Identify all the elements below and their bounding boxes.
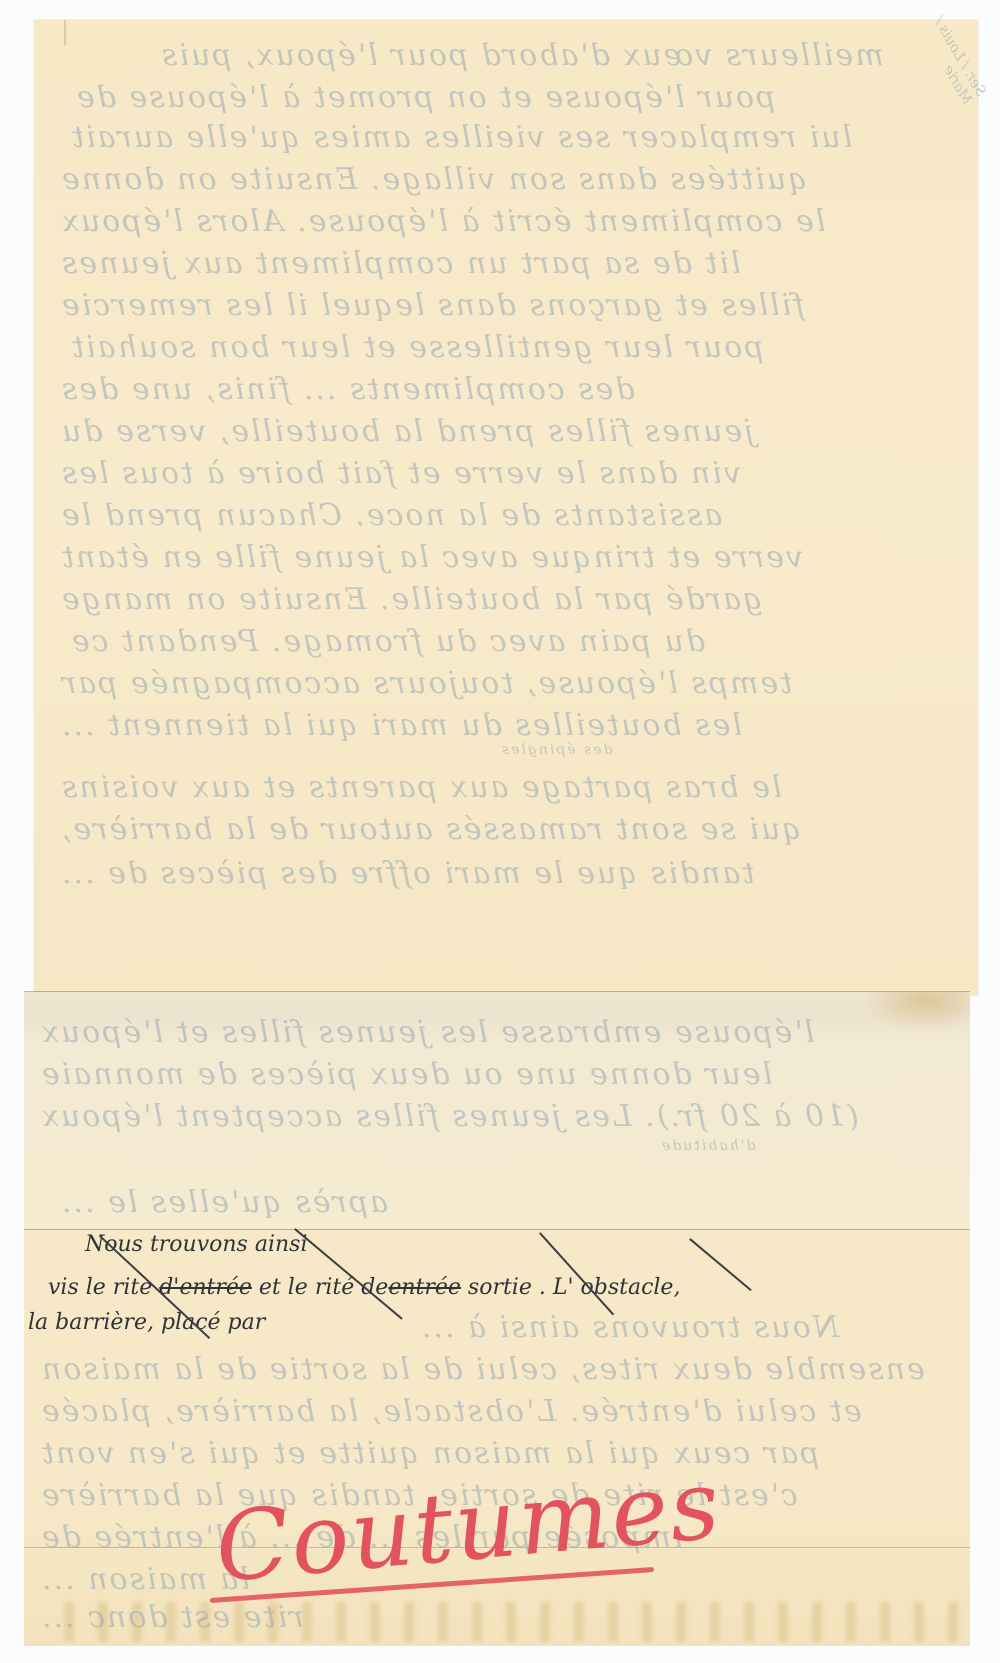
bleed-line: des compliments ... finis, une des xyxy=(60,372,635,407)
bleed-line: lit de sa part un compliment aux jeunes xyxy=(60,246,741,281)
text: et le rité de xyxy=(252,1275,388,1300)
bleed-line: filles et garçons dans lequel il les rem… xyxy=(60,288,804,323)
bleed-line: pour leur gentillesse et leur bon souhai… xyxy=(70,330,764,365)
bleed-note: d'habitude xyxy=(660,1138,756,1154)
bleed-line: temps l'épouse, toujours accompagnée par xyxy=(60,666,792,701)
bleed-line: le compliment écrit à l'épouse. Alors l'… xyxy=(60,204,825,239)
bleed-line: tandis que le mari offre des pièces de .… xyxy=(60,856,754,891)
bleed-note: des épingles xyxy=(500,742,613,758)
stain xyxy=(860,992,970,1032)
bleed-line: quittées dans son village. Ensuite on do… xyxy=(60,162,807,197)
text: sortie . L' obstacle, xyxy=(461,1275,681,1300)
bleed-line: Nous trouvons ainsi à ... xyxy=(420,1310,839,1345)
struck-text: d'entrée xyxy=(159,1275,252,1300)
bleed-line: les bouteilles du mari qui la tiennent .… xyxy=(60,708,742,743)
bleed-line: vin dans le verre et fait boire à tous l… xyxy=(60,456,741,491)
bleed-line: assistants de la noce. Chacun prend le xyxy=(60,498,722,533)
bleed-line: après qu'elles le ... xyxy=(60,1185,388,1220)
paper-crease xyxy=(64,20,66,45)
bleed-line: leur donne une ou deux pièces de monnaie xyxy=(40,1057,772,1092)
bleed-line: rite est donc ... xyxy=(40,1600,304,1635)
bleed-line: (10 à 20 fr.). Les jeunes filles accepte… xyxy=(40,1099,859,1134)
bleed-line: lui remplacer ses vieilles amies qu'elle… xyxy=(70,120,852,155)
annotation-line-3: la barrière, placé par xyxy=(28,1310,265,1335)
bleed-line: qui se sont ramassés autour de la barriè… xyxy=(60,812,802,847)
bleed-line: pour l'épouse et on promet à l'épouse de xyxy=(75,80,775,115)
bleed-line: ensemble deux rites, celui de la sortie … xyxy=(40,1352,925,1387)
struck-text: entrée xyxy=(388,1275,461,1300)
bleed-line: meilleurs vœux d'abord pour l'époux, pui… xyxy=(160,38,884,73)
bleed-line: verre et trinque avec la jeune fille en … xyxy=(60,540,803,575)
bleed-line: le bras partage aux parents et aux voisi… xyxy=(60,770,782,805)
bleed-line: jeunes filles prend la bouteille, verse … xyxy=(60,414,754,449)
text: vis le rite xyxy=(48,1275,159,1300)
bleed-line: gardé par la bouteille. Ensuite on mange xyxy=(60,582,762,617)
bleed-line: l'épouse embrasse les jeunes filles et l… xyxy=(40,1015,814,1050)
bleed-line: du pain avec du fromage. Pendant ce xyxy=(70,624,705,659)
bleed-line: et celui d'entrée. L'obstacle, la barriè… xyxy=(40,1394,862,1429)
